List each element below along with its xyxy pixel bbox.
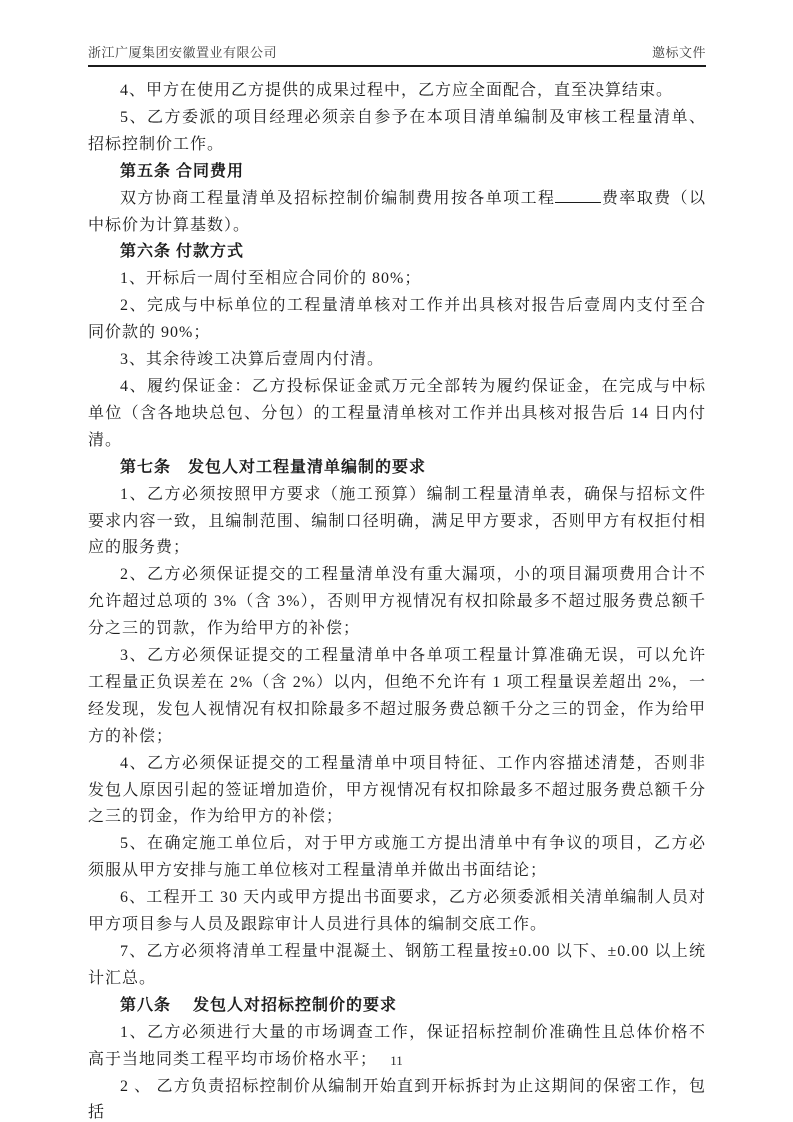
fee-clause-before-blank: 双方协商工程量清单及招标控制价编制费用按各单项工程	[120, 190, 555, 207]
payment-item-1: 1、开标后一周付至相应合同价的 80%；	[88, 266, 706, 293]
article-5-fee-clause: 双方协商工程量清单及招标控制价编制费用按各单项工程费率取费（以中标价为计算基数）…	[88, 186, 706, 240]
fill-in-blank-underline	[555, 186, 601, 203]
boq-requirement-item-4: 4、乙方必须保证提交的工程量清单中项目特征、工作内容描述清楚，否则非发包人原因引…	[88, 751, 706, 832]
heading-article-8-control-price-requirements: 第八条 发包人对招标控制价的要求	[88, 993, 706, 1020]
clause-item-4-cooperation: 4、甲方在使用乙方提供的成果过程中，乙方应全面配合，直至决算结束。	[88, 78, 706, 105]
page-header: 浙江广厦集团安徽置业有限公司 邀标文件	[88, 42, 706, 67]
heading-article-7-boq-requirements: 第七条 发包人对工程量清单编制的要求	[88, 455, 706, 482]
page-footer: 11	[0, 1053, 793, 1069]
heading-article-5-contract-fee: 第五条 合同费用	[88, 159, 706, 186]
boq-requirement-item-3: 3、乙方必须保证提交的工程量清单中各单项工程量计算准确无误，可以允许工程量正负误…	[88, 643, 706, 751]
payment-item-4-performance-bond: 4、履约保证金：乙方投标保证金贰万元全部转为履约保证金，在完成与中标单位（含各地…	[88, 374, 706, 455]
boq-requirement-item-7: 7、乙方必须将清单工程量中混凝土、钢筋工程量按±0.00 以下、±0.00 以上…	[88, 939, 706, 993]
document-body: 4、甲方在使用乙方提供的成果过程中，乙方应全面配合，直至决算结束。 5、乙方委派…	[88, 78, 706, 1122]
header-company-name: 浙江广厦集团安徽置业有限公司	[88, 42, 277, 61]
document-page: 浙江广厦集团安徽置业有限公司 邀标文件 4、甲方在使用乙方提供的成果过程中，乙方…	[0, 0, 793, 1122]
clause-item-5-project-manager: 5、乙方委派的项目经理必须亲自参予在本项目清单编制及审核工程量清单、招标控制价工…	[88, 105, 706, 159]
boq-requirement-item-5: 5、在确定施工单位后，对于甲方或施工方提出清单中有争议的项目，乙方必须服从甲方安…	[88, 831, 706, 885]
payment-item-2: 2、完成与中标单位的工程量清单核对工作并出具核对报告后壹周内支付至合同价款的 9…	[88, 293, 706, 347]
boq-requirement-item-6: 6、工程开工 30 天内或甲方提出书面要求，乙方必须委派相关清单编制人员对甲方项…	[88, 885, 706, 939]
payment-item-3: 3、其余待竣工决算后壹周内付清。	[88, 347, 706, 374]
control-price-item-2: 2 、 乙方负责招标控制价从编制开始直到开标拆封为止这期间的保密工作，包括	[88, 1074, 706, 1122]
heading-article-6-payment-method: 第六条 付款方式	[88, 239, 706, 266]
page-number: 11	[390, 1053, 403, 1068]
header-doc-type: 邀标文件	[652, 42, 706, 61]
boq-requirement-item-1: 1、乙方必须按照甲方要求（施工预算）编制工程量清单表，确保与招标文件要求内容一致…	[88, 482, 706, 563]
boq-requirement-item-2: 2、乙方必须保证提交的工程量清单没有重大漏项，小的项目漏项费用合计不允许超过总项…	[88, 562, 706, 643]
